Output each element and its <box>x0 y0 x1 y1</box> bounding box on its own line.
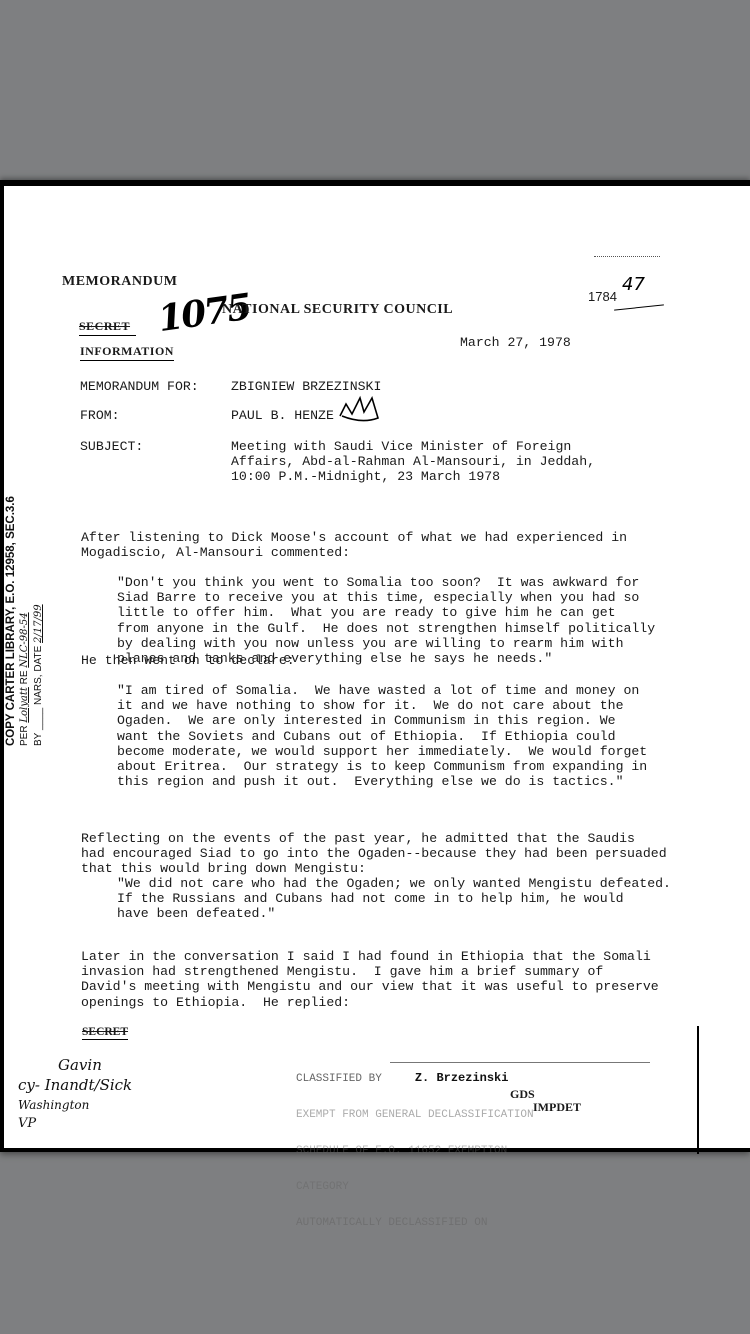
gds-mark: GDS <box>510 1087 535 1102</box>
body-line: this region and push it out. Everything … <box>117 774 623 789</box>
stamp-copy-label: COPY CARTER LIBRARY <box>5 610 17 746</box>
classified-by-underline <box>390 1062 650 1063</box>
stamp-nars-label: NARS, DATE <box>33 646 44 705</box>
body-line: by dealing with you now unless you are w… <box>117 636 623 651</box>
distribution-note-3: Washington <box>18 1098 89 1112</box>
distribution-note-1: Gavin <box>58 1056 102 1074</box>
impdet-mark: IMPDET <box>533 1100 581 1115</box>
memo-date: March 27, 1978 <box>460 335 571 350</box>
stamp-per-hand: Lolyatt <box>19 687 30 723</box>
stamp-date: 2/17/99 <box>33 604 44 643</box>
memo-type: INFORMATION <box>80 344 174 361</box>
memorandum-label: MEMORANDUM <box>62 274 177 290</box>
faded-line-2: SCHEDULE OF E.O. 11652 EXEMPTION <box>296 1145 534 1157</box>
classification-block: CLASSIFIED BY Z. Brzezinski EXEMPT FROM … <box>296 1048 534 1253</box>
classified-by-label: CLASSIFIED BY <box>296 1073 382 1085</box>
underline-mark <box>614 304 664 310</box>
field-value-for: ZBIGNIEW BRZEZINSKI <box>231 379 381 394</box>
body-line: Reflecting on the events of the past yea… <box>81 831 681 846</box>
body-line: little to offer him. What you are ready … <box>117 605 616 620</box>
body-line: "Don't you think you went to Somalia too… <box>117 575 639 590</box>
field-label-for: MEMORANDUM FOR: <box>80 379 199 394</box>
agency-name: NATIONAL SECURITY COUNCIL <box>222 302 453 318</box>
document-number: 1784 <box>588 289 617 304</box>
body-line: become moderate, we would support her im… <box>117 744 647 759</box>
classification-struck-footer: SECRET <box>82 1026 128 1038</box>
handwritten-scribble <box>594 248 660 257</box>
stamp-eo-ref: E.O. 12958, SEC.3.6 <box>5 496 17 603</box>
body-line: "I am tired of Somalia. We have wasted a… <box>117 683 639 698</box>
faded-line-3: CATEGORY <box>296 1181 534 1193</box>
body-line: Ogaden. We are only interested in Commun… <box>117 713 616 728</box>
auto-declass-label: AUTOMATICALLY DECLASSIFIED ON <box>296 1217 534 1229</box>
body-line: If the Russians and Cubans had not come … <box>117 891 623 906</box>
body-line: openings to Ethiopia. He replied: <box>81 995 681 1010</box>
body-line: from anyone in the Gulf. He does not str… <box>117 621 655 636</box>
handwritten-suffix: 47 <box>622 274 645 295</box>
body-line: Mogadiscio, Al-Mansouri commented: <box>81 545 681 560</box>
signature-mark <box>338 394 388 424</box>
classified-by: Z. Brzezinski <box>415 1071 509 1085</box>
field-label-from: FROM: <box>80 408 120 423</box>
archive-stamp: COPY CARTER LIBRARY, E.O. 12958, SEC.3.6… <box>4 496 46 746</box>
field-label-subject: SUBJECT: <box>80 439 143 454</box>
field-value-subject-1: Meeting with Saudi Vice Minister of Fore… <box>231 439 571 454</box>
distribution-note-2: cy- Inandt/Sick <box>18 1076 132 1094</box>
field-value-subject-3: 10:00 P.M.-Midnight, 23 March 1978 <box>231 469 500 484</box>
body-line: invasion had strengthened Mengistu. I ga… <box>81 964 681 979</box>
body-line: that this would bring down Mengistu: <box>81 861 681 876</box>
body-line: After listening to Dick Moose's account … <box>81 530 681 545</box>
body-line: David's meeting with Mengistu and our vi… <box>81 979 681 994</box>
body-line: He then went on to declare: <box>81 653 681 668</box>
margin-line <box>697 1026 699 1154</box>
classification-struck: SECRET <box>79 319 130 334</box>
stamp-per-label: PER <box>19 725 30 746</box>
stamp-re-ref: NLC-98-54 <box>19 612 30 667</box>
body-line: had encouraged Siad to go into the Ogade… <box>81 846 681 861</box>
body-line: want the Soviets and Cubans out of Ethio… <box>117 729 616 744</box>
body-line: about Eritrea. Our strategy is to keep C… <box>117 759 647 774</box>
distribution-note-4: VP <box>18 1116 36 1131</box>
body-line: it and we have nothing to show for it. W… <box>117 698 623 713</box>
field-value-from: PAUL B. HENZE <box>231 408 334 423</box>
stamp-re-label: RE <box>19 670 30 684</box>
faded-line-1: EXEMPT FROM GENERAL DECLASSIFICATION <box>296 1109 534 1121</box>
body-line: Later in the conversation I said I had f… <box>81 949 681 964</box>
body-line: have been defeated." <box>117 906 275 921</box>
stamp-by-label: BY <box>33 733 44 746</box>
body-line: Siad Barre to receive you at this time, … <box>117 590 639 605</box>
memo-page: MEMORANDUM 1075 NATIONAL SECURITY COUNCI… <box>0 180 750 1152</box>
field-value-subject-2: Affairs, Abd-al-Rahman Al-Mansouri, in J… <box>231 454 595 469</box>
body-line: "We did not care who had the Ogaden; we … <box>117 876 671 891</box>
